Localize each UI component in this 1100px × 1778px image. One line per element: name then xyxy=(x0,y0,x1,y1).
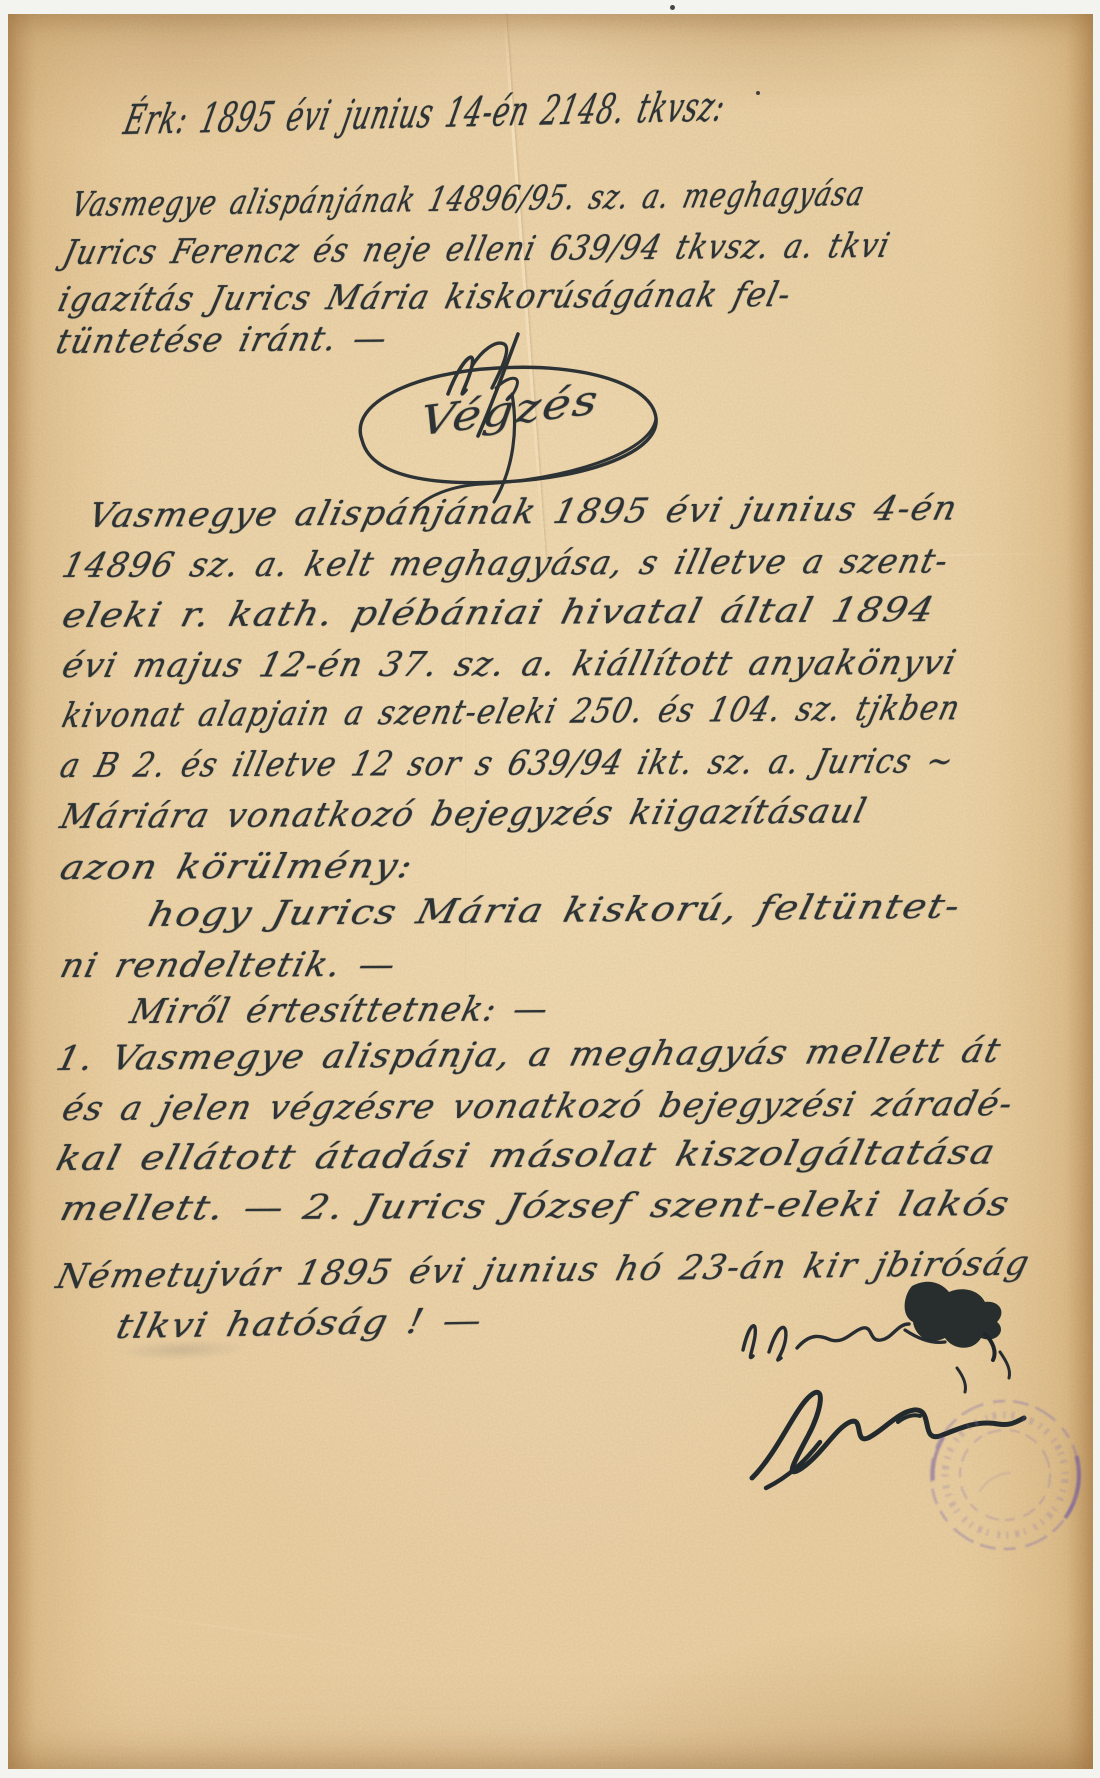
authority-line: tlkvi hatóság ! — xyxy=(113,1303,487,1347)
body-line: azon körülmény: xyxy=(56,848,417,887)
body-line: hogy Jurics Mária kiskorú, feltüntet- xyxy=(144,888,964,934)
body-line: Vasmegye alispánjának 1895 évi junius 4-… xyxy=(84,490,961,535)
subject-line: igazítás Jurics Mária kiskorúságának fel… xyxy=(54,277,795,320)
scanned-document: Érk: 1895 évi junius 14-én 2148. tkvsz: … xyxy=(0,0,1100,1778)
body-line: Máriára vonatkozó bejegyzés kiigazításau… xyxy=(56,793,870,836)
body-line: kal ellátott átadási másolat kiszolgálta… xyxy=(52,1134,1000,1178)
subject-line: Jurics Ferencz és neje elleni 639/94 tkv… xyxy=(59,228,894,273)
body-line: Miről értesíttetnek: — xyxy=(126,991,553,1031)
body-line: mellett. — 2. Jurics József szent-eleki … xyxy=(56,1186,1014,1228)
body-line: a B 2. és illetve 12 sor s 639/94 ikt. s… xyxy=(56,743,958,785)
body-line: ni rendeltetik. — xyxy=(56,947,400,986)
body-line: 1. Vasmegye alispánja, a meghagyás melle… xyxy=(52,1033,1005,1079)
body-line: és a jelen végzésre vonatkozó bejegyzési… xyxy=(58,1086,1017,1128)
ink-speck xyxy=(670,5,675,10)
body-line: 14896 sz. a. kelt meghagyása, s illetve … xyxy=(58,543,952,585)
ink-speck xyxy=(756,91,760,95)
body-line: eleki r. kath. plébániai hivatal által 1… xyxy=(58,592,938,636)
official-seal-stamp xyxy=(915,1385,1095,1565)
body-line: kivonat alapjain a szent-eleki 250. és 1… xyxy=(58,690,964,735)
body-line: évi majus 12-én 37. sz. a. kiállított an… xyxy=(58,645,960,686)
